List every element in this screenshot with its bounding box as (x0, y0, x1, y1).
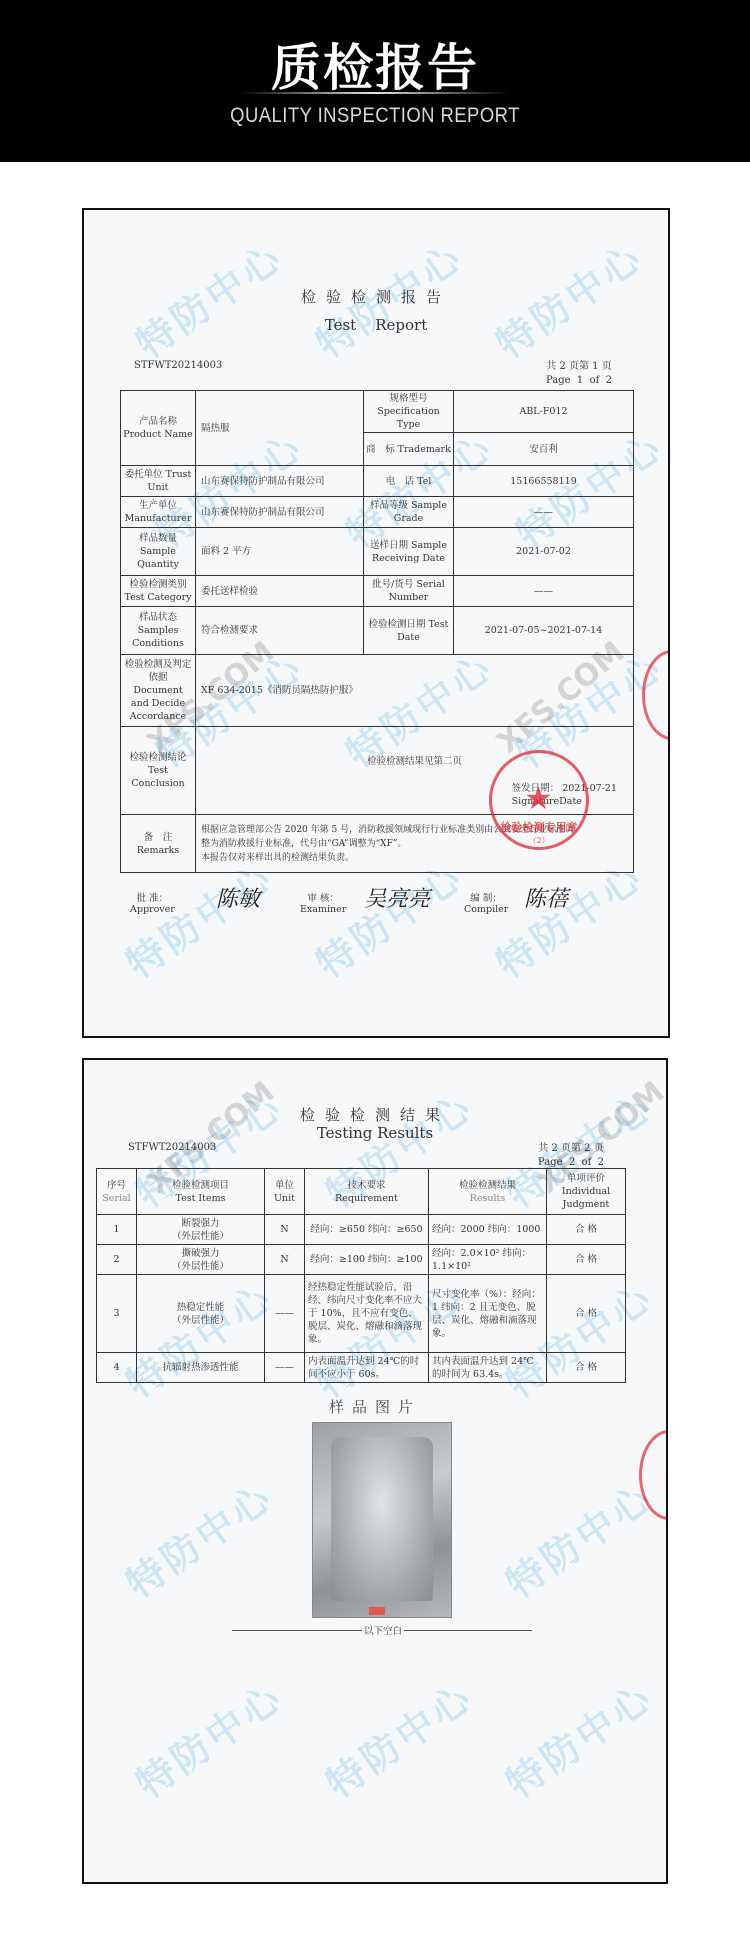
page-count-cn: 共 2 页第 1 页 (524, 360, 634, 374)
row-item: 抗辐射热渗透性能 (137, 1353, 265, 1383)
compiler-label-en: Compiler (464, 904, 508, 915)
row-result: 尺寸变化率（%）：经向：1 纬向：2 且无变色、脱层、炭化、熔融和滴落现象。 (429, 1275, 547, 1353)
page-count-cn: 共 2 页第 2 页 (516, 1142, 626, 1156)
report-page-1: 特防中心 特防中心 特防中心 特防中心 特防中心 特防中心 特防中心 特防中心 … (82, 208, 670, 1038)
table-row: 2 撕破强力（外层性能） N 经向：≥100 纬向：≥100 经向：2.0×10… (97, 1245, 626, 1275)
compiler-label-cn: 编 制： (464, 890, 508, 904)
row-result: 经向：2000 纬向：1000 (429, 1215, 547, 1245)
header-test-items: 检验检测项目Test Items (137, 1169, 265, 1215)
row-judgment: 合 格 (547, 1215, 626, 1245)
row-item: 热稳定性能（外层性能） (137, 1275, 265, 1353)
header-en: Results (432, 1192, 543, 1205)
row-item: 撕破强力（外层性能） (137, 1245, 265, 1275)
row-item: 断裂强力（外层性能） (137, 1215, 265, 1245)
row-requirement: 经热稳定性能试验后，沿经、纬向尺寸变化率不应大于 10%，且不应有变色、脱层、炭… (305, 1275, 429, 1353)
header-cn: 序号 (100, 1179, 133, 1192)
category-label: 检验检测类别 Test Category (121, 576, 196, 607)
category-value: 委托送样检验 (196, 576, 364, 607)
header-en: Unit (268, 1192, 301, 1205)
serial-value: —— (454, 576, 634, 607)
item-name: 撕破强力 (140, 1247, 261, 1260)
banner-divider (240, 92, 510, 94)
grade-value: —— (454, 497, 634, 528)
row-serial: 1 (97, 1215, 137, 1245)
official-stamp: ★ 检验检测专用章 （2） (489, 750, 589, 850)
stamp-number: （2） (492, 835, 586, 846)
report-title-en: Test Report (84, 316, 668, 334)
spec-value: ABL-F012 (454, 391, 634, 433)
watermark: 特防中心 (493, 1667, 662, 1808)
accordance-value: XF 634-2015《消防员隔热防护服》 (196, 655, 634, 727)
trust-unit-label: 委托单位 Trust Unit (121, 466, 196, 497)
results-title-en: Testing Results (84, 1124, 666, 1142)
row-result: 其内表面温升达到 24℃的时间为 63.4s。 (429, 1353, 547, 1383)
manufacturer-label: 生产单位 Manufacturer (121, 497, 196, 528)
results-title-cn: 检验检测结果 (84, 1104, 666, 1125)
header-cn: 单项评价 (550, 1172, 622, 1185)
examiner-signature: 吴亮亮 (364, 882, 430, 913)
row-unit: —— (265, 1353, 305, 1383)
page-count: 共 2 页第 1 页 Page 1 of 2 (524, 360, 634, 388)
table-row: 1 断裂强力（外层性能） N 经向：≥650 纬向：≥650 经向：2000 纬… (97, 1215, 626, 1245)
remarks-line: 本报告仅对来样出具的检测结果负责。 (201, 851, 631, 865)
stamp-text: 检验检测专用章 (492, 819, 586, 835)
row-judgment: 合 格 (547, 1353, 626, 1383)
header-en: Test Items (140, 1192, 261, 1205)
receiving-date-value: 2021-07-02 (454, 528, 634, 576)
header-serial: 序号Serial (97, 1169, 137, 1215)
row-judgment: 合 格 (547, 1245, 626, 1275)
header-requirement: 技术要求Requirement (305, 1169, 429, 1215)
header-judgment: 单项评价Individual Judgment (547, 1169, 626, 1215)
remarks-label: 备 注 Remarks (121, 815, 196, 873)
header-cn: 检验检测结果 (432, 1179, 543, 1192)
examiner-label-en: Examiner (300, 904, 346, 915)
header-cn: 技术要求 (308, 1179, 425, 1192)
watermark: 特防中心 (493, 1467, 662, 1608)
header-en: Requirement (308, 1192, 425, 1205)
row-result: 经向：2.0×10² 纬向：1.1×10² (429, 1245, 547, 1275)
conclusion-label: 检验检测结论 Test Conclusion (121, 727, 196, 815)
compiler-signature: 陈蓓 (524, 882, 568, 913)
accordance-label: 检验检测及判定依据 Document and Decide Accordance (121, 655, 196, 727)
approver-signature: 陈敏 (216, 882, 260, 913)
report-page-2: 特防中心 特防中心 特防中心 特防中心 特防中心 特防中心 特防中心 特防中心 … (82, 1058, 668, 1884)
watermark: 特防中心 (313, 1667, 482, 1808)
manufacturer-value: 山东赛保特防护制品有限公司 (196, 497, 364, 528)
test-date-label: 检验检测日期 Test Date (364, 607, 454, 655)
banner-subtitle: QUALITY INSPECTION REPORT (45, 104, 705, 128)
row-unit: N (265, 1215, 305, 1245)
protective-suit-image (331, 1437, 433, 1601)
watermark: 特防中心 (113, 1467, 282, 1608)
row-requirement: 内表面温升达到 24℃的时间不应小于 60s。 (305, 1353, 429, 1383)
conditions-label: 样品状态 Samples Conditions (121, 607, 196, 655)
examiner-label-cn: 审 核： (300, 890, 346, 904)
header-results: 检验检测结果Results (429, 1169, 547, 1215)
sample-photo (312, 1422, 452, 1618)
header-unit: 单位Unit (265, 1169, 305, 1215)
tel-value: 15166558119 (454, 466, 634, 497)
row-requirement: 经向：≥100 纬向：≥100 (305, 1245, 429, 1275)
approver-label-cn: 批 准： (130, 890, 175, 904)
conditions-value: 符合检测要求 (196, 607, 364, 655)
row-judgment: 合 格 (547, 1275, 626, 1353)
banner-title: 质检报告 (0, 28, 750, 100)
item-name: 抗辐射热渗透性能 (140, 1361, 261, 1374)
quantity-label: 样品数量 Sample Quantity (121, 528, 196, 576)
approver-label: 批 准： Approver (130, 890, 175, 915)
star-icon: ★ (524, 779, 553, 817)
header-cn: 单位 (268, 1179, 301, 1192)
grade-label: 样品等级 Sample Grade (364, 497, 454, 528)
examiner-label: 审 核： Examiner (300, 890, 346, 915)
item-sub: （外层性能） (140, 1230, 261, 1243)
conclusion-value: 检验检测结果见第二页 (367, 756, 462, 767)
report-number: STFWT20214003 (134, 360, 222, 371)
spec-label: 规格型号 Specification Type (364, 391, 454, 433)
serial-label: 批号/货号 Serial Number (364, 576, 454, 607)
approver-label-en: Approver (130, 904, 175, 915)
row-unit: N (265, 1245, 305, 1275)
row-serial: 4 (97, 1353, 137, 1383)
row-serial: 3 (97, 1275, 137, 1353)
product-name-label: 产品名称 Product Name (121, 391, 196, 466)
page-count-en: Page 1 of 2 (524, 374, 634, 388)
compiler-label: 编 制： Compiler (464, 890, 508, 915)
item-sub: （外层性能） (140, 1260, 261, 1273)
trust-unit-value: 山东赛保特防护制品有限公司 (196, 466, 364, 497)
row-unit: —— (265, 1275, 305, 1353)
header-cn: 检验检测项目 (140, 1179, 261, 1192)
product-name-value: 隔热服 (196, 391, 364, 466)
header-banner: 质检报告 QUALITY INSPECTION REPORT (0, 0, 750, 162)
watermark: 特防中心 (123, 1667, 292, 1808)
results-table: 序号Serial 检验检测项目Test Items 单位Unit 技术要求Req… (96, 1168, 626, 1383)
trademark-label: 商 标 Trademark (364, 433, 454, 466)
trademark-value: 安百利 (454, 433, 634, 466)
sample-photo-title: 样品图片 (84, 1396, 666, 1417)
receiving-date-label: 送样日期 Sample Receiving Date (364, 528, 454, 576)
item-name: 热稳定性能 (140, 1301, 261, 1314)
item-sub: （外层性能） (140, 1314, 261, 1327)
item-name: 断裂强力 (140, 1217, 261, 1230)
report-number: STFWT20214003 (128, 1142, 216, 1153)
header-en: Serial (100, 1192, 133, 1205)
table-row: 3 热稳定性能（外层性能） —— 经热稳定性能试验后，沿经、纬向尺寸变化率不应大… (97, 1275, 626, 1353)
tel-label: 电 话 Tel (364, 466, 454, 497)
test-date-value: 2021-07-05~2021-07-14 (454, 607, 634, 655)
table-row: 4 抗辐射热渗透性能 —— 内表面温升达到 24℃的时间不应小于 60s。 其内… (97, 1353, 626, 1383)
quantity-value: 面料 2 平方 (196, 528, 364, 576)
blank-notice: 以下空白 (362, 1623, 404, 1637)
results-header-row: 序号Serial 检验检测项目Test Items 单位Unit 技术要求Req… (97, 1169, 626, 1215)
report-title-cn: 检验检测报告 (84, 286, 668, 307)
page-count: 共 2 页第 2 页 Page 2 of 2 (516, 1142, 626, 1170)
header-en: Individual Judgment (550, 1185, 622, 1211)
edge-stamp (639, 1430, 668, 1520)
row-serial: 2 (97, 1245, 137, 1275)
photo-tag (369, 1607, 385, 1615)
row-requirement: 经向：≥650 纬向：≥650 (305, 1215, 429, 1245)
edge-stamp (642, 650, 670, 740)
